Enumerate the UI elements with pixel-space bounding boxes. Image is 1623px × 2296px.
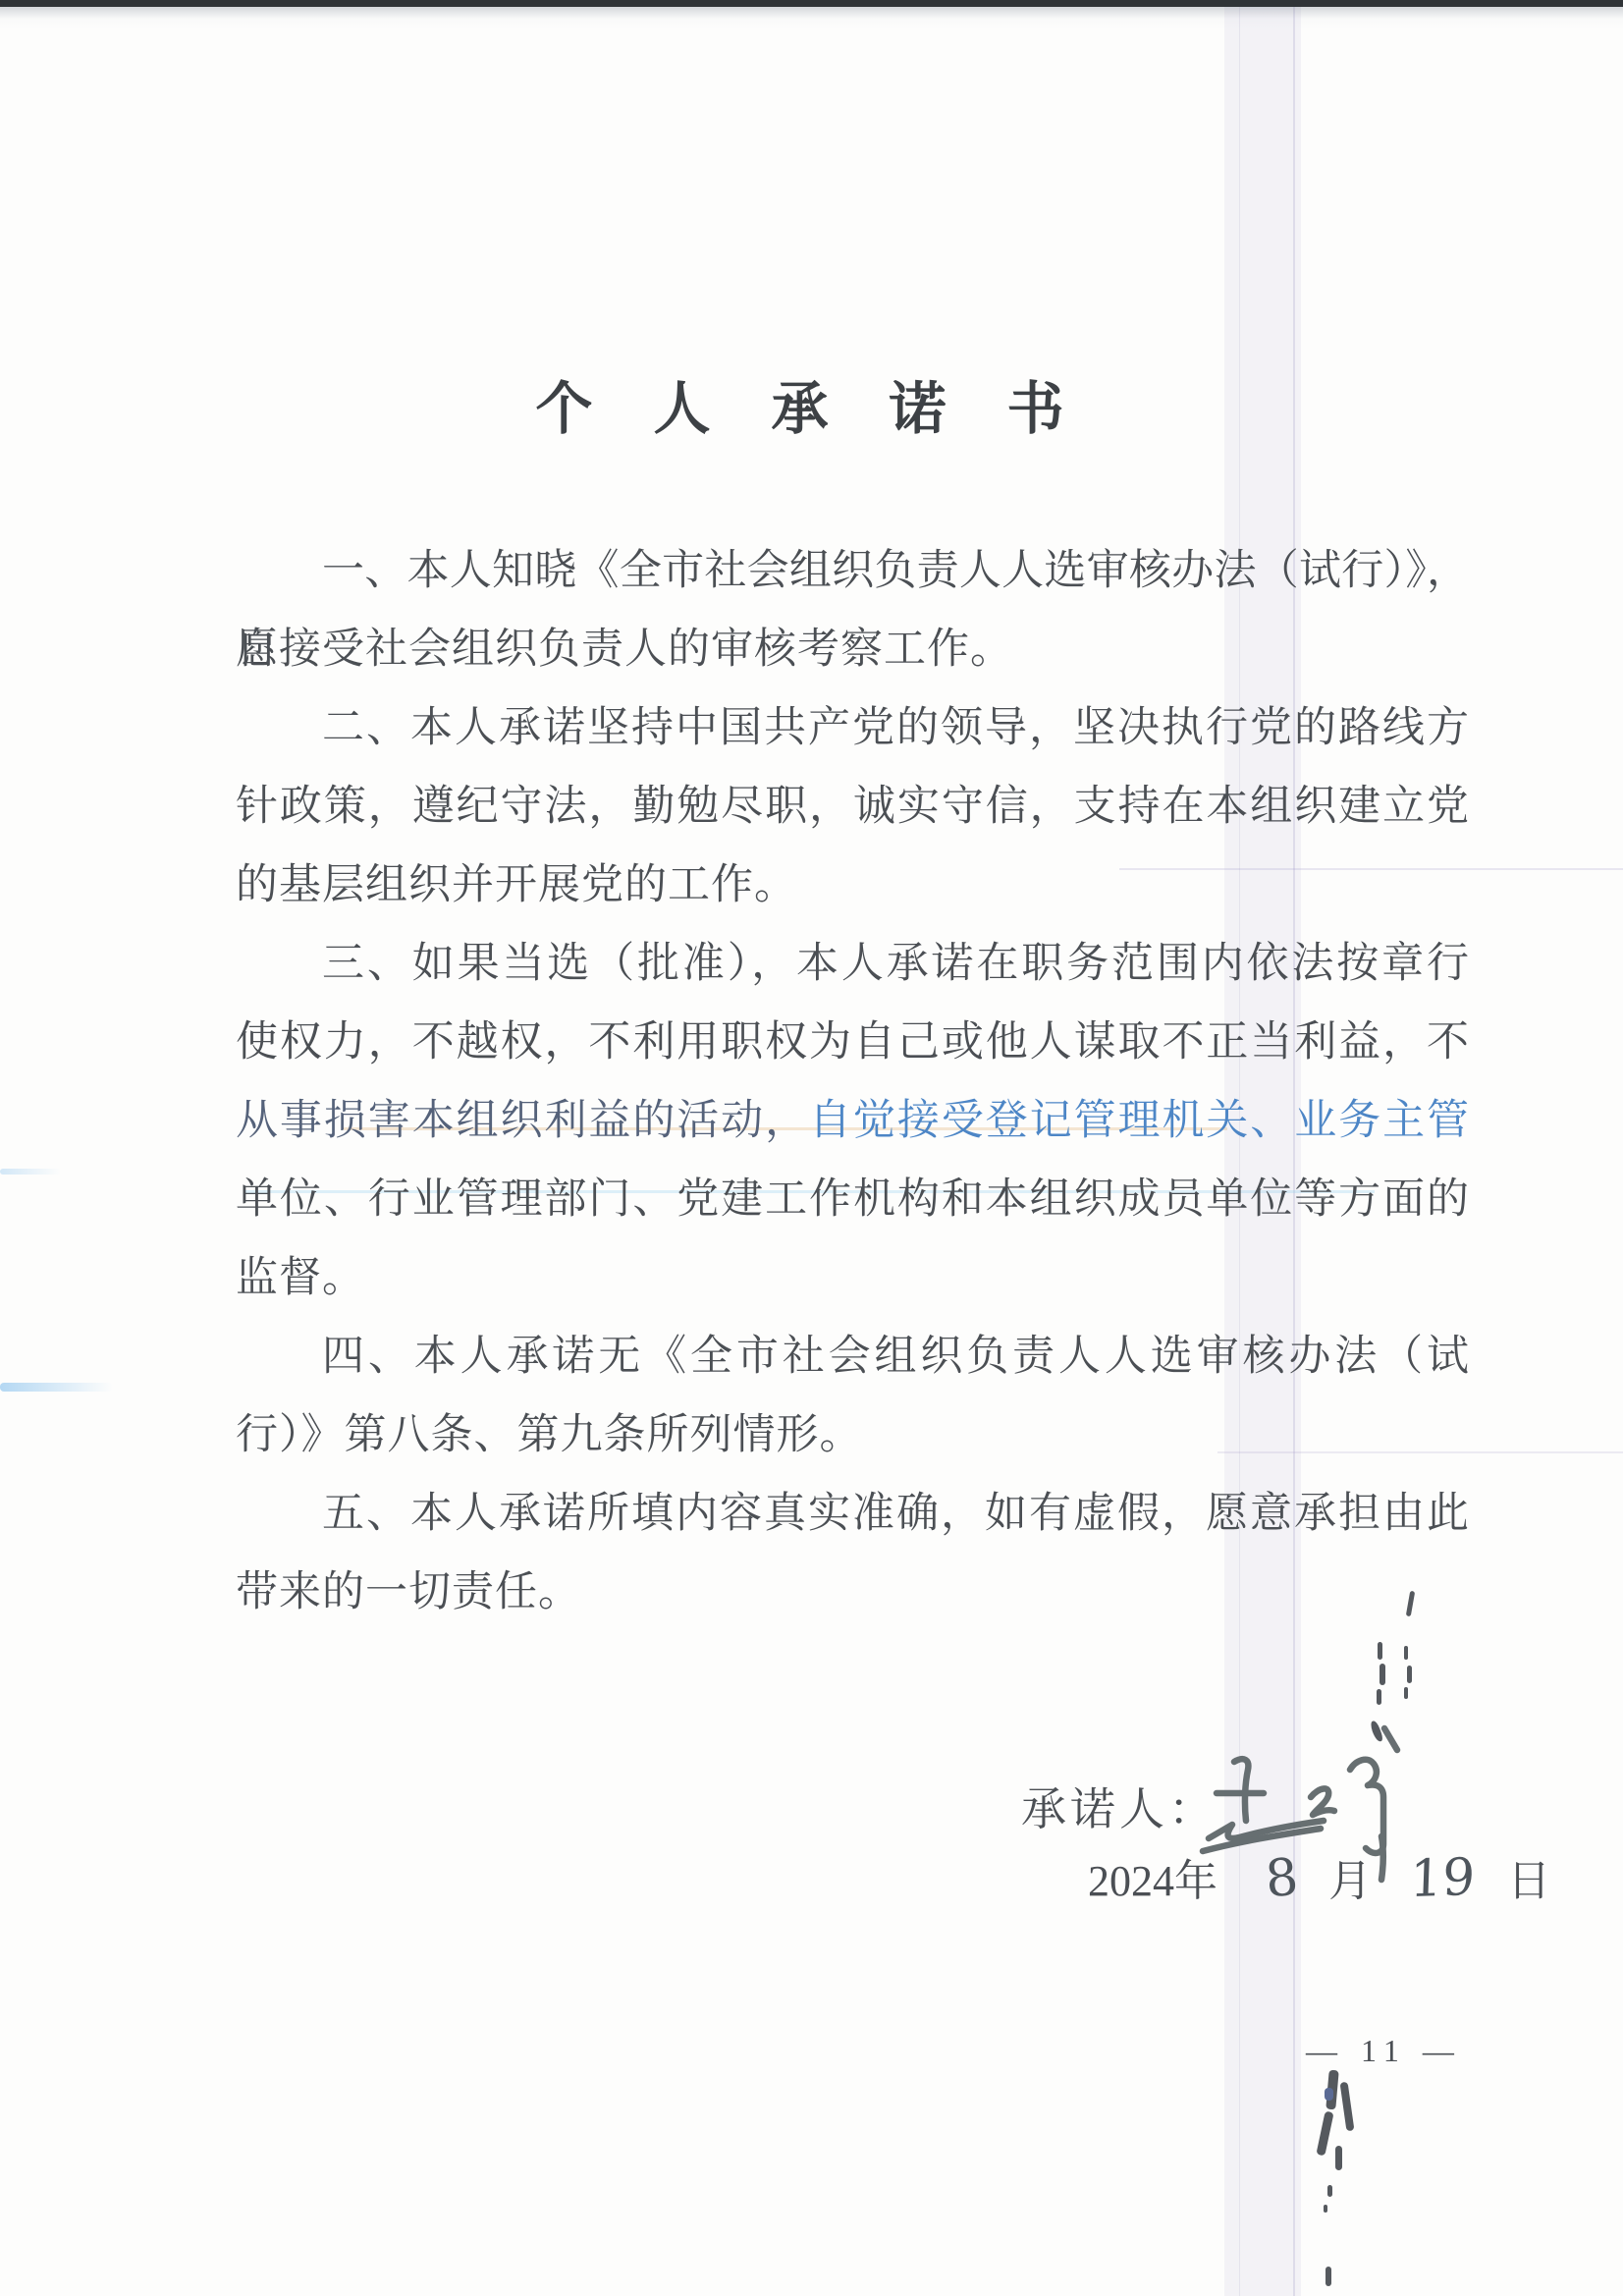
text-line: 一、本人知晓《全市社会组织负责人人选审核办法（试行）》，自 — [236, 532, 1469, 611]
ink-smudge — [1316, 2111, 1333, 2157]
text-line: 四、本人承诺无《全市社会组织负责人人选审核办法（试 — [236, 1318, 1469, 1396]
text-line: 五、本人承诺所填内容真实准确，如有虚假，愿意承担由此 — [236, 1475, 1469, 1554]
text-line: 愿接受社会组织负责人的审核考察工作。 — [236, 611, 1469, 689]
scan-blue-streak — [0, 1383, 113, 1392]
ink-speck — [1327, 2185, 1332, 2197]
scan-edge-smear — [0, 7, 1623, 28]
ink-speck — [1324, 2205, 1327, 2213]
handwritten-signature — [1173, 1721, 1409, 1892]
text-line: 的基层组织并开展党的工作。 — [236, 847, 1469, 925]
date-day-handwritten: 19 — [1409, 1847, 1476, 1910]
ink-speck — [1378, 1642, 1382, 1660]
ink-speck — [1407, 1666, 1412, 1683]
ink-smudge — [1340, 2082, 1355, 2132]
ink-smudge — [1335, 2146, 1342, 2170]
text-line: 监督。 — [236, 1239, 1469, 1318]
date-day-label: 日 — [1507, 1857, 1550, 1905]
ink-speck — [1404, 1646, 1408, 1660]
text-line: 使权力，不越权，不利用职权为自己或他人谋取不正当利益，不 — [236, 1004, 1469, 1082]
text-line: 单位、行业管理部门、党建工作机构和本组织成员单位等方面的 — [236, 1161, 1469, 1239]
ink-speck — [1404, 1687, 1408, 1699]
ink-speck — [1377, 1689, 1381, 1705]
text-line: 带来的一切责任。 — [236, 1554, 1469, 1632]
ink-smudge-blue — [1325, 2088, 1333, 2101]
text-line: 三、如果当选（批准），本人承诺在职务范围内依法按章行 — [236, 925, 1469, 1004]
text-segment: 从事损害本组织利益的活动， — [236, 1098, 809, 1144]
text-line: 从事损害本组织利益的活动，自觉接受登记管理机关、业务主管 — [236, 1082, 1469, 1161]
ink-speck — [1325, 2267, 1331, 2286]
scanned-document-page: 个人承诺书 一、本人知晓《全市社会组织负责人人选审核办法（试行）》，自愿接受社会… — [0, 0, 1623, 2296]
text-line: 针政策，遵纪守法，勤勉尽职，诚实守信，支持在本组织建立党 — [236, 768, 1469, 847]
text-line: 行）》第八条、第九条所列情形。 — [236, 1396, 1469, 1475]
document-body: 一、本人知晓《全市社会组织负责人人选审核办法（试行）》，自愿接受社会组织负责人的… — [236, 532, 1469, 1632]
text-segment: 自觉接受登记管理机关、业务主管 — [809, 1098, 1469, 1144]
scan-blue-streak — [0, 1169, 61, 1175]
document-title: 个人承诺书 — [187, 370, 1443, 449]
scan-edge-band — [0, 0, 1623, 7]
page-number: — 11 — — [1306, 2033, 1462, 2069]
ink-speck — [1380, 1664, 1385, 1685]
text-line: 二、本人承诺坚持中国共产党的领导，坚决执行党的路线方 — [236, 689, 1469, 768]
